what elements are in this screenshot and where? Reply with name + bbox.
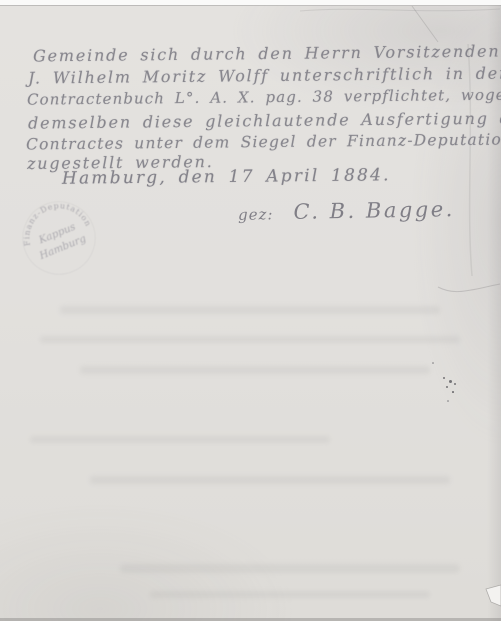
torn-corner: [486, 585, 501, 606]
ink-speck: [454, 383, 456, 385]
ink-speck: [449, 380, 452, 383]
ink-speck: [447, 400, 449, 402]
paper-texture: [30, 436, 330, 443]
paper: Gemeinde sich durch den Herrn Vorsitzend…: [0, 5, 501, 621]
ink-speck: [446, 386, 448, 388]
paper-texture: [90, 476, 450, 484]
signature-row: gez: C. B. Bagge.: [238, 197, 455, 225]
handwriting-line: demselben diese gleichlautende Ausfertig…: [28, 108, 501, 132]
paper-texture: [60, 306, 440, 314]
paper-texture: [40, 336, 460, 343]
handwriting-line: Contractenbuch L°. A. X. pag. 38 verpfli…: [27, 85, 501, 108]
dateline: Hamburg, den 17 April 1884.: [62, 165, 391, 188]
paper-texture: [120, 564, 460, 573]
ink-speck: [432, 362, 434, 364]
paper-texture: [150, 591, 430, 598]
ink-speck: [443, 377, 445, 379]
handwriting-line: Gemeinde sich durch den Herrn Vorsitzend…: [33, 42, 501, 66]
handwriting-line: J. Wilhelm Moritz Wolff unterschriftlich…: [28, 63, 501, 87]
ink-speck: [452, 391, 454, 393]
signature-prefix: gez:: [238, 205, 274, 224]
handwriting-line: Contractes unter dem Siegel der Finanz-D…: [26, 130, 501, 153]
finanz-deputation-stamp-icon: Finanz-Deputation Kappus Hamburg: [8, 187, 110, 289]
signature: C. B. Bagge.: [293, 197, 455, 224]
scanned-document: Gemeinde sich durch den Herrn Vorsitzend…: [0, 0, 501, 621]
paper-texture: [80, 366, 430, 374]
